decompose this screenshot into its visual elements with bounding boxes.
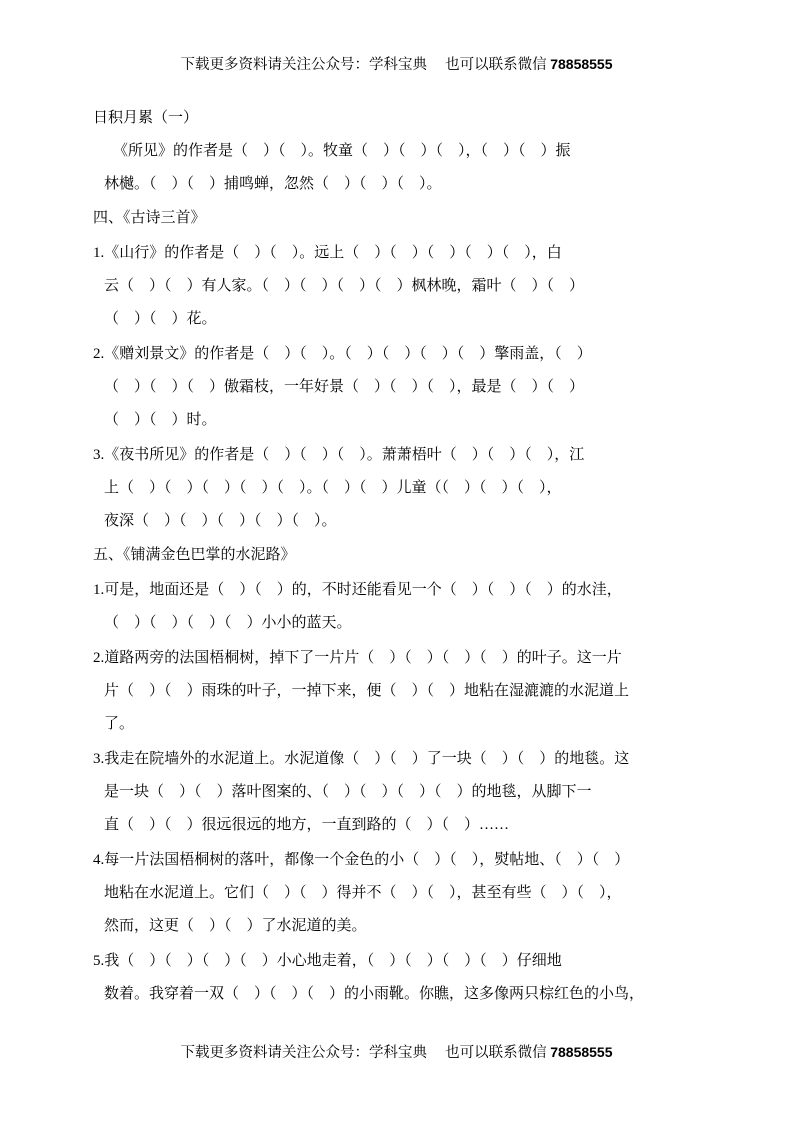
text-line: 直（ ）（ ）很远很远的地方，一直到路的（ ）（ ）…… xyxy=(93,809,718,842)
worksheet-page: 下载更多资料请关注公众号：学科宝典 也可以联系微信 78858555 日积月累（… xyxy=(0,0,793,1122)
page-footer: 下载更多资料请关注公众号：学科宝典 也可以联系微信 78858555 xyxy=(0,1041,793,1062)
text-line: 1.《山行》的作者是（ ）（ ）。远上（ ）（ ）（ ）（ ）（ ），白 xyxy=(93,237,718,270)
text-line: 《所见》的作者是（ ）（ ）。牧童（ ）（ ）（ ），（ ）（ ）振 xyxy=(93,135,718,168)
text-line: 地粘在水泥道上。它们（ ）（ ）得并不（ ）（ ），甚至有些（ ）（ ）， xyxy=(93,877,718,910)
text-line: 云（ ）（ ）有人家。（ ）（ ）（ ）（ ）枫林晚，霜叶（ ）（ ） xyxy=(93,270,718,303)
header-promo-text: 下载更多资料请关注公众号：学科宝典 也可以联系微信 xyxy=(180,57,550,73)
text-line: （ ）（ ）（ ）傲霜枝，一年好景（ ）（ ）（ ），最是（ ）（ ） xyxy=(93,371,718,404)
text-line: 上（ ）（ ）（ ）（ ）（ ）。（ ）（ ）儿童（（ ）（ ）（ ）， xyxy=(93,472,718,505)
header-wechat-number: 78858555 xyxy=(550,56,612,72)
text-line: 是一块（ ）（ ）落叶图案的、（ ）（ ）（ ）（ ）的地毯，从脚下一 xyxy=(93,776,718,809)
text-line: （ ）（ ）（ ）（ ）小小的蓝天。 xyxy=(93,607,718,640)
text-line: 1.可是，地面还是（ ）（ ）的，不时还能看见一个（ ）（ ）（ ）的水洼， xyxy=(93,574,718,607)
text-line: 3.《夜书所见》的作者是（ ）（ ）（ ）。萧萧梧叶（ ）（ ）（ ），江 xyxy=(93,439,718,472)
text-line: 2.《赠刘景文》的作者是（ ）（ ）。（ ）（ ）（ ）（ ）擎雨盖，（ ） xyxy=(93,338,718,371)
section-title-three-ancient-poems: 四、《古诗三首》 xyxy=(93,202,718,235)
text-line: 了。 xyxy=(93,708,718,741)
text-line: 然而，这更（ ）（ ）了水泥道的美。 xyxy=(93,910,718,943)
text-line: （ ）（ ）时。 xyxy=(93,404,718,437)
section-title-daily-accumulation: 日积月累（一） xyxy=(93,102,718,135)
text-line: 3.我走在院墙外的水泥道上。水泥道像（ ）（ ）了一块（ ）（ ）的地毯。这 xyxy=(93,743,718,776)
footer-wechat-number: 78858555 xyxy=(550,1044,612,1060)
text-line: 5.我（ ）（ ）（ ）（ ）小心地走着，（ ）（ ）（ ）（ ）仔细地 xyxy=(93,945,718,978)
text-line: 林樾。（ ）（ ）捕鸣蝉，忽然（ ）（ ）（ ）。 xyxy=(93,168,718,201)
footer-promo-text: 下载更多资料请关注公众号：学科宝典 也可以联系微信 xyxy=(180,1045,550,1061)
worksheet-content: 日积月累（一） 《所见》的作者是（ ）（ ）。牧童（ ）（ ）（ ），（ ）（ … xyxy=(93,102,718,1011)
section-title-cement-road: 五、《铺满金色巴掌的水泥路》 xyxy=(93,539,718,572)
text-line: 数着。我穿着一双（ ）（ ）（ ）的小雨靴。你瞧，这多像两只棕红色的小鸟， xyxy=(93,978,718,1011)
text-line: （ ）（ ）花。 xyxy=(93,303,718,336)
text-line: 4.每一片法国梧桐树的落叶，都像一个金色的小（ ）（ ），熨帖地、（ ）（ ） xyxy=(93,844,718,877)
text-line: 片（ ）（ ）雨珠的叶子，一掉下来，便（ ）（ ）地粘在湿漉漉的水泥道上 xyxy=(93,675,718,708)
page-header: 下载更多资料请关注公众号：学科宝典 也可以联系微信 78858555 xyxy=(0,53,793,74)
text-line: 2.道路两旁的法国梧桐树，掉下了一片片（ ）（ ）（ ）（ ）的叶子。这一片 xyxy=(93,642,718,675)
text-line: 夜深（ ）（ ）（ ）（ ）（ ）。 xyxy=(93,505,718,538)
